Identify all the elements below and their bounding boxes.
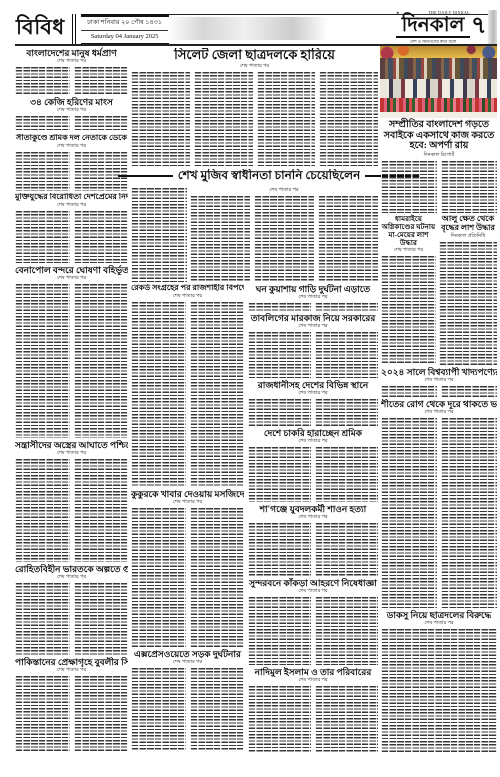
body-text-greek (15, 152, 70, 191)
article-sitakunda: সীতাকুণ্ডে শ্রমিক দল নেতাকে ডেকে শেষ পাত… (15, 134, 128, 191)
article-rohit-india: রোহিতবিহীন ভারতকে অল্পতে গুটিয়ে শেষ পাত… (15, 564, 128, 655)
continued-from-label: শেষ পাতার পর (381, 248, 436, 254)
body-text-greek (131, 72, 190, 166)
continued-from-label: শেষ পাতার পর (248, 295, 378, 301)
continued-from-label: শেষ পাতার পর (15, 59, 128, 65)
article-headline: শা'গঞ্জে যুবদলকর্মী শাওন হত্যা (248, 504, 378, 514)
article-headline: শীতের রোগ থেকে দূরে থাকতে ভরসা (381, 399, 497, 409)
body-text-greek (315, 447, 378, 502)
article-mujib-body: শেষ পাতার পর (190, 187, 378, 282)
body-text-greek (131, 188, 187, 282)
article-mujib-headline-row: শেখ মুজিব স্বাধীনতা চাননি চেয়েছিলেন (118, 167, 420, 185)
article-headline: ৩৪ কেজি হরিণের মাংস (15, 97, 128, 107)
body-text-greek (190, 196, 250, 282)
article-headline: মুক্তিযুদ্ধের বিরোধিতা দেশপ্রেমের নিদর্শ… (15, 193, 128, 202)
body-text-greek (190, 668, 245, 750)
continued-from-label: শেষ পাতার পর (248, 324, 378, 330)
continued-from-label: শেষ পাতার পর (131, 294, 244, 300)
byline: দিনকাল রিপোর্ট (381, 153, 497, 159)
body-text-greek (131, 668, 186, 750)
continued-from-label: শেষ পাতার পর (248, 391, 378, 397)
masthead-date-en: Saturday 04 January 2025 (81, 30, 169, 44)
photo-seated-guests (380, 79, 497, 99)
article-headline: ঘন কুয়াশায় গাড়ি দুর্ঘটনা এড়াতে (248, 284, 378, 294)
page-edge-bar (488, 10, 497, 44)
article-benapole: বেনাপোল বন্দরে ঘোষণা বহির্ভূত শেষ পাতার … (15, 265, 128, 438)
body-text-greek (441, 418, 497, 608)
photo-flower-row (380, 98, 497, 112)
body-text-greek (315, 686, 378, 752)
article-dacsu: ডাকসু নিয়ে ছাত্রদলের বিরুদ্ধে শেষ পাতার… (381, 610, 497, 752)
article-winter-health: শীতের রোগ থেকে দূরে থাকতে ভরসা শেষ পাতার… (381, 399, 497, 608)
body-text-greek (74, 459, 129, 562)
section-logo: বিবিধ (16, 14, 76, 46)
article-headline: দেশে চাকরি হারাচ্ছেন শ্রমিক (248, 428, 378, 438)
body-text-greek (74, 116, 129, 132)
article-bubly-cinema: পাকিস্তানের প্রেক্ষাগৃহে বুবলীর সিনেমা শ… (15, 657, 128, 752)
body-text-greek (248, 597, 311, 665)
body-text-greek (74, 583, 129, 655)
body-text-greek (15, 676, 70, 752)
continued-from-label: শেষ পাতার পর (15, 668, 128, 674)
continued-from-label: শেষ পাতার পর (381, 621, 497, 627)
body-text-greek (381, 161, 437, 213)
article-shaon-murder: শা'গঞ্জে যুবদলকর্মী শাওন হত্যা শেষ পাতার… (248, 504, 378, 576)
continued-from-label: শেষ পাতার পর (15, 575, 128, 581)
article-headline: বাংলাদেশের মানুষ ধর্মপ্রাণ (15, 48, 128, 58)
body-text-greek (15, 67, 70, 95)
masthead-date-bn: ঢাকা শনিবার ২০ পৌষ ১৪৩১ (81, 17, 169, 30)
continued-from-label: শেষ পাতার পর (131, 500, 244, 506)
article-headline: রাজধানীসহ দেশের বিভিন্ন স্থানে (248, 380, 378, 390)
page-number: ৭ (471, 14, 487, 38)
continued-from-label: শেষ পাতার পর (15, 451, 128, 457)
body-text-greek (15, 211, 70, 263)
article-headline: তাবলিগের মারকাজ নিয়ে সরকারের (248, 313, 378, 323)
article-jobs-lost: দেশে চাকরি হারাচ্ছেন শ্রমিক শেষ পাতার পর (248, 428, 378, 502)
article-aparna: সম্প্রীতির বাংলাদেশ গড়তে সবাইকে একসাথে … (381, 120, 497, 213)
article-headline: পাকিস্তানের প্রেক্ষাগৃহে বুবলীর সিনেমা (15, 657, 128, 667)
newspaper-page: { "masthead": { "section_name": "বিবিধ",… (0, 0, 500, 777)
article-dhamrai: ধামরাইয়ে অগ্নিকাণ্ডের ঘটনায় মা-মেয়ের … (381, 215, 436, 365)
body-text-greek (257, 72, 316, 166)
article-sontrashi: সন্ত্রাসীদের অস্ত্রের আঘাতে পশ্চিমে শেষ … (15, 440, 128, 562)
body-text-greek (254, 196, 314, 282)
body-text-greek (190, 508, 245, 647)
article-headline: কুকুরকে খাবার দেওয়ায় মসজিদের (131, 489, 244, 499)
article-potato-field: আলু ক্ষেত থেকে বৃদ্ধের লাশ উদ্ধার দিনকাল… (439, 215, 497, 365)
continued-from-label: শেষ পাতার পর (131, 64, 378, 70)
body-text-greek (315, 303, 378, 311)
article-dog-mosque: কুকুরকে খাবার দেওয়ায় মসজিদের শেষ পাতার… (131, 489, 244, 647)
byline: দিনকাল প্রতিনিধি (439, 234, 497, 240)
body-text-greek (15, 459, 70, 562)
article-record-rajshahi: রেকর্ড সংগ্রহের পর রাজশাহীর বিপক্ষে শেষ … (131, 284, 244, 487)
body-text-greek (248, 447, 311, 502)
body-text-greek (15, 284, 70, 438)
continued-from-label: শেষ পাতার পর (190, 188, 378, 194)
masthead-left: বিবিধ ঢাকা শনিবার ২০ পৌষ ১৪৩১ Saturday 0… (16, 14, 169, 46)
body-text-greek (441, 386, 497, 397)
body-text-greek (315, 597, 378, 665)
photo-table-cloth (380, 112, 497, 118)
body-text-greek (248, 686, 311, 752)
body-text-greek (248, 303, 311, 311)
article-headline: রোহিতবিহীন ভারতকে অল্পতে গুটিয়ে (15, 564, 128, 574)
body-text-greek (248, 523, 311, 576)
article-nadimul: নাদিমুল ইসলাম ও তার পরিবারের শেষ পাতার প… (248, 667, 378, 752)
article-food-prices-2024: ২০২৪ সালে বিশ্বব্যাপী খাদ্যপণ্যের শেষ পা… (381, 367, 497, 397)
article-muktijuddho: মুক্তিযুদ্ধের বিরোধিতা দেশপ্রেমের নিদর্শ… (15, 193, 128, 263)
body-text-greek (319, 72, 378, 166)
article-headline: সুন্দরবনে কাঁকড়া আহরণে নিষেধাজ্ঞা (248, 578, 378, 588)
article-fog-driving: ঘন কুয়াশায় গাড়ি দুর্ঘটনা এড়াতে শেষ প… (248, 284, 378, 311)
body-text-greek (15, 116, 70, 132)
continued-from-label: শেষ পাতার পর (248, 589, 378, 595)
article-headline: বেনাপোল বন্দরে ঘোষণা বহির্ভূত (15, 265, 128, 275)
article-headline: সন্ত্রাসীদের অস্ত্রের আঘাতে পশ্চিমে (15, 440, 128, 450)
continued-from-label: শেষ পাতার পর (15, 108, 128, 114)
masthead-date-box: ঢাকা শনিবার ২০ পৌষ ১৪৩১ Saturday 04 Janu… (81, 14, 169, 46)
article-rajdhani: রাজধানীসহ দেশের বিভিন্ন স্থানে শেষ পাতার… (248, 380, 378, 426)
continued-from-label: শেষ পাতার পর (381, 378, 497, 384)
body-text-greek (15, 583, 70, 655)
article-headline: নাদিমুল ইসলাম ও তার পরিবারের (248, 667, 378, 677)
body-text-greek (381, 386, 437, 397)
body-text-greek (441, 161, 497, 213)
body-text-greek (74, 211, 129, 263)
continued-from-label: শেষ পাতার পর (15, 144, 128, 150)
article-headline: ডাকসু নিয়ে ছাত্রদলের বিরুদ্ধে (381, 610, 497, 620)
article-headline: সম্প্রীতির বাংলাদেশ গড়তে সবাইকে একসাথে … (381, 120, 497, 152)
body-text-greek (315, 332, 378, 378)
article-tabligh: তাবলিগের মারকাজ নিয়ে সরকারের শেষ পাতার … (248, 313, 378, 378)
headline-dash-left (118, 175, 173, 177)
continued-from-label: শেষ পাতার পর (15, 203, 128, 209)
jump-text-column (131, 187, 187, 282)
body-text-greek (315, 399, 378, 426)
body-text-greek (131, 302, 186, 487)
continued-from-label: শেষ পাতার পর (381, 410, 497, 416)
article-headline: শেখ মুজিব স্বাধীনতা চাননি চেয়েছিলেন (178, 169, 361, 182)
continued-from-label: শেষ পাতার পর (15, 276, 128, 282)
article-headline: ধামরাইয়ে অগ্নিকাণ্ডের ঘটনায় মা-মেয়ের … (381, 215, 436, 247)
body-text-greek (74, 284, 129, 438)
continued-from-label: শেষ পাতার পর (248, 439, 378, 445)
body-text-greek (194, 72, 253, 166)
masthead-banner-strip (168, 17, 328, 40)
article-headline: আলু ক্ষেত থেকে বৃদ্ধের লাশ উদ্ধার (439, 215, 497, 233)
body-text-greek (439, 242, 497, 365)
paper-mark: ★ (396, 10, 400, 15)
body-text-greek (131, 508, 186, 647)
article-headline: রেকর্ড সংগ্রহের পর রাজশাহীর বিপক্ষে (131, 284, 244, 293)
body-text-greek (315, 523, 378, 576)
continued-from-label: শেষ পাতার পর (248, 678, 378, 684)
article-manush-dhormopran: বাংলাদেশের মানুষ ধর্মপ্রাণ শেষ পাতার পর (15, 48, 128, 95)
article-headline: সীতাকুণ্ডে শ্রমিক দল নেতাকে ডেকে (15, 134, 128, 143)
article-headline: এক্সপ্রেসওয়েতে সড়ক দুর্ঘটনার (131, 649, 244, 659)
body-text-greek (248, 332, 311, 378)
body-text-greek (190, 302, 245, 487)
body-text-greek (381, 629, 497, 752)
paper-logo: দিনকাল (396, 15, 470, 38)
article-deer-meat: ৩৪ কেজি হরিণের মাংস শেষ পাতার পর (15, 97, 128, 132)
article-headline: সিলেট জেলা ছাত্রদলকে হারিয়ে (131, 48, 378, 63)
body-text-greek (74, 676, 129, 752)
body-text-greek (318, 196, 378, 282)
event-photo (380, 46, 497, 118)
article-headline: ২০২৪ সালে বিশ্বব্যাপী খাদ্যপণ্যের (381, 367, 497, 377)
continued-from-label: শেষ পাতার পর (131, 660, 244, 666)
article-expressway: এক্সপ্রেসওয়েতে সড়ক দুর্ঘটনার শেষ পাতার… (131, 649, 244, 750)
article-sundarban-crab: সুন্দরবনে কাঁকড়া আহরণে নিষেধাজ্ঞা শেষ প… (248, 578, 378, 665)
body-text-greek (248, 399, 311, 426)
body-text-greek (74, 67, 129, 95)
body-text-greek (381, 256, 436, 365)
continued-from-label: শেষ পাতার পর (248, 515, 378, 521)
masthead-paper-block: ★ THE DAILY DINKAL দিনকাল দেশ ও জনগণের ক… (396, 10, 470, 46)
body-text-greek (381, 418, 437, 608)
article-sylhet-chhatradal: সিলেট জেলা ছাত্রদলকে হারিয়ে শেষ পাতার প… (131, 48, 378, 166)
